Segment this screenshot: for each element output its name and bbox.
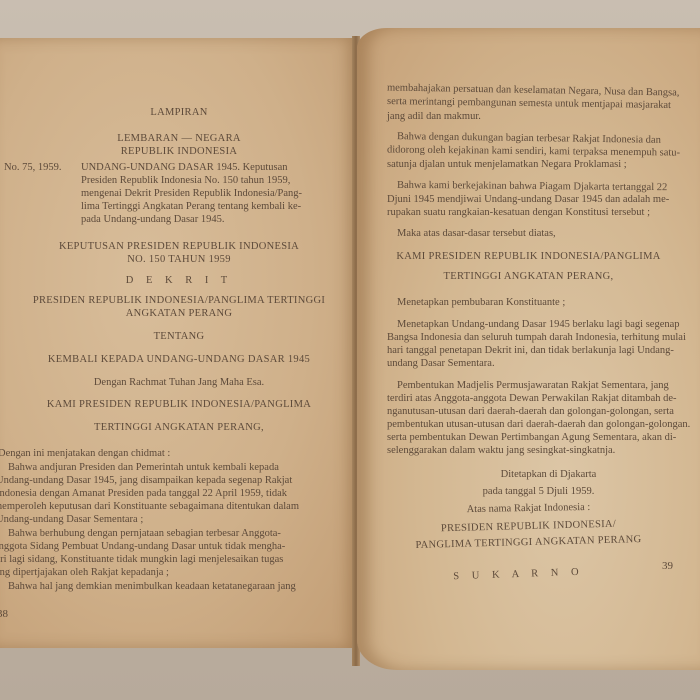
decision-line: hari tanggal penetapan Dekrit ini, dan t… (387, 344, 674, 358)
body-line: Dengan ini menjatakan dengan chidmat : (0, 447, 170, 461)
decree-heading: D E K R I T (0, 274, 358, 288)
entry-line: Presiden Republik Indonesia No. 150 tahu… (81, 174, 290, 188)
place-of-decision: Ditetapkan di Djakarta (377, 468, 700, 482)
decision-line: terdiri atas Anggota-anggota Dewan Perwa… (387, 392, 677, 406)
body-line: Undang-undang Dasar 1945, jang disampaik… (0, 474, 292, 488)
invocation: Dengan Rachmat Tuhan Jang Maha Esa. (0, 376, 358, 390)
decision-line: undang Dasar Sementara. (387, 357, 495, 371)
gazette-title: LEMBARAN — NEGARA (0, 132, 358, 146)
decision-line: nganutusan-utusan dari daerah-daerah dan… (387, 405, 674, 419)
decree-by: PRESIDEN REPUBLIK INDONESIA/PANGLIMA TER… (0, 294, 358, 308)
decision-date: pada tanggal 5 Djuli 1959. (367, 485, 700, 499)
body-line: diri lagi sidang, Konstituante tidak mun… (0, 553, 283, 567)
body-line: Bahwa berhubung dengan pernjataan sebagi… (8, 527, 281, 541)
para-line: satunja djalan untuk menjelamatkan Negar… (387, 158, 627, 172)
entry-line: lima Tertinggi Angkatan Perang tentang k… (81, 200, 301, 214)
para-line: Maka atas dasar-dasar tersebut diatas, (397, 227, 556, 241)
decision-line: Pembentukan Madjelis Permusjawaratan Rak… (397, 379, 669, 393)
entry-number: No. 75, 1959. (4, 161, 61, 175)
body-line: Undang-undang Dasar Sementara ; (0, 513, 143, 527)
decision-line: serta pembentukan Dewan Pertimbangan Agu… (387, 431, 676, 445)
right-page: membahajakan persatuan dan keselamatan N… (357, 28, 700, 670)
para-line: rupakan suatu rangkaian-kesatuan dengan … (387, 206, 650, 220)
decision-item: Menetapkan pembubaran Konstituante ; (397, 296, 565, 310)
body-line: memperoleh keputusan dari Konstituante s… (0, 500, 299, 514)
decision-line: pembentukan utusan-utusan dari daerah-da… (387, 418, 690, 432)
decree-subject: KEMBALI KEPADA UNDANG-UNDANG DASAR 1945 (0, 353, 358, 367)
about-label: TENTANG (0, 330, 358, 344)
decision-title: KEPUTUSAN PRESIDEN REPUBLIK INDONESIA (0, 240, 358, 254)
body-line: jang dipertjajakan oleh Rakjat kepadanja… (0, 566, 169, 580)
page-number-left: 38 (0, 608, 8, 620)
heading-lampiran: LAMPIRAN (0, 106, 358, 120)
entry-line: pada Undang-undang Dasar 1945. (81, 213, 224, 227)
we-president: KAMI PRESIDEN REPUBLIK INDONESIA/PANGLIM… (0, 398, 358, 412)
decision-number: NO. 150 TAHUN 1959 (0, 253, 358, 267)
gazette-subtitle: REPUBLIK INDONESIA (0, 145, 358, 159)
on-behalf: Atas nama Rakjat Indonesia : (357, 499, 700, 518)
entry-line: UNDANG-UNDANG DASAR 1945. Keputusan (81, 161, 288, 175)
we-president-2: TERTINGGI ANGKATAN PERANG, (357, 270, 700, 284)
left-page: LAMPIRAN LEMBARAN — NEGARA REPUBLIK INDO… (0, 38, 358, 648)
para-line: Djuni 1945 mendjiwai Undang-undang Dasar… (387, 193, 669, 207)
body-line: anggota Sidang Pembuat Undang-undang Das… (0, 540, 285, 554)
decision-line: selenggarakan dalam waktu jang sesingkat… (387, 444, 615, 458)
entry-line: mengenai Dekrit Presiden Republik Indone… (81, 187, 302, 201)
body-line: Indonesia dengan Amanat Presiden pada ta… (0, 487, 287, 501)
page-number-right: 39 (662, 560, 673, 572)
decision-line: Bangsa Indonesia dan seluruh tumpah dara… (387, 331, 686, 345)
we-president-2: TERTINGGI ANGKATAN PERANG, (0, 421, 358, 435)
we-president: KAMI PRESIDEN REPUBLIK INDONESIA/PANGLIM… (357, 250, 700, 264)
decision-line: Menetapkan Undang-undang Dasar 1945 berl… (397, 318, 680, 332)
decree-by-2: ANGKATAN PERANG (0, 307, 358, 321)
body-line: Bahwa andjuran Presiden dan Pemerintah u… (8, 461, 279, 475)
signature-name: S U K A R N O (357, 562, 690, 587)
para-line: jang adil dan makmur. (387, 110, 481, 124)
body-line: Bahwa hal jang demkian menimbulkan keada… (8, 580, 296, 594)
